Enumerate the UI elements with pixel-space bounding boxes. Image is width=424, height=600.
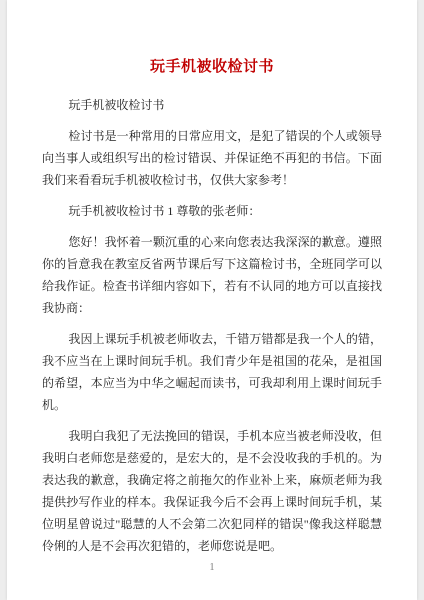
document-content: 玩手机被收检讨书 玩手机被收检讨书 检讨书是一种常用的日常应用文，是犯了错误的个… <box>7 0 417 557</box>
document-title: 玩手机被收检讨书 <box>42 56 382 78</box>
document-page: 玩手机被收检讨书 玩手机被收检讨书 检讨书是一种常用的日常应用文，是犯了错误的个… <box>7 0 417 600</box>
paragraph-apology: 您好！我怀着一颗沉重的心来向您表达我深深的歉意。遵照你的旨意我在教室反省两节课后… <box>42 231 382 319</box>
paragraph-salutation: 玩手机被收检讨书 1 尊敬的张老师： <box>42 200 382 222</box>
page-number: 1 <box>7 562 417 574</box>
paragraph-mistake: 我因上课玩手机被老师收去，千错万错都是我一个人的错，我不应当在上课时间玩手机。我… <box>42 328 382 416</box>
document-viewer: { "page": { "title": "玩手机被收检讨书", "title_… <box>0 0 424 600</box>
paragraph-subtitle: 玩手机被收检讨书 <box>42 94 382 116</box>
paragraph-intro: 检讨书是一种常用的日常应用文，是犯了错误的个人或领导向当事人或组织写出的检讨错误… <box>42 125 382 191</box>
paragraph-promise: 我明白我犯了无法挽回的错误，手机本应当被老师没收，但我明白老师您是慈爱的，是宏大… <box>42 425 382 557</box>
